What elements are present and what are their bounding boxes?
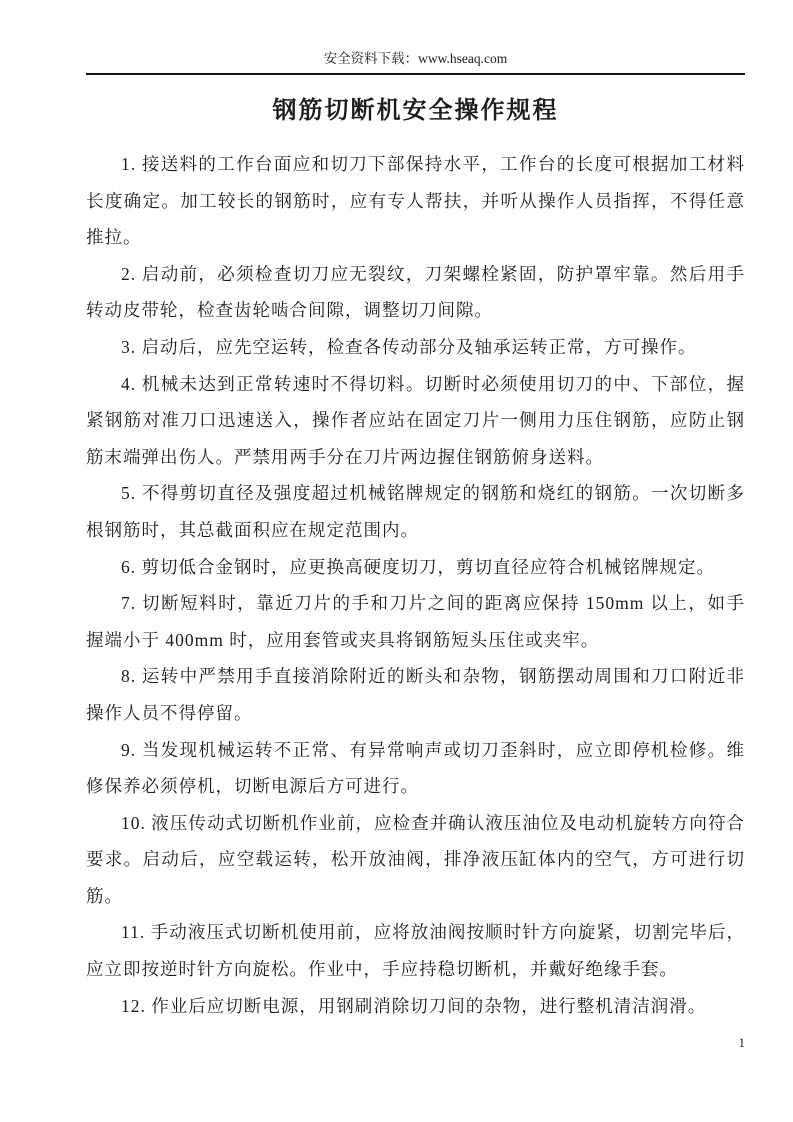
procedure-item-11: 11. 手动液压式切断机使用前，应将放油阀按顺时针方向旋紧，切割完毕后，应立即按… (86, 914, 745, 987)
procedure-item-4: 4. 机械未达到正常转速时不得切料。切断时必须使用切刀的中、下部位，握紧钢筋对准… (86, 366, 745, 476)
procedure-item-3: 3. 启动后，应先空运转，检查各传动部分及轴承运转正常，方可操作。 (86, 329, 745, 366)
procedure-item-12: 12. 作业后应切断电源，用钢刷消除切刀间的杂物，进行整机清洁润滑。 (86, 988, 745, 1025)
page-number: 1 (700, 1034, 745, 1052)
procedure-item-1: 1. 接送料的工作台面应和切刀下部保持水平，工作台的长度可根据加工材料长度确定。… (86, 146, 745, 256)
procedure-item-10: 10. 液压传动式切断机作业前，应检查并确认液压油位及电动机旋转方向符合要求。启… (86, 805, 745, 915)
page-title: 钢筋切断机安全操作规程 (86, 95, 745, 127)
procedure-item-2: 2. 启动前，必须检查切刀应无裂纹，刀架螺栓紧固，防护罩牢靠。然后用手转动皮带轮… (86, 256, 745, 329)
document-body: 1. 接送料的工作台面应和切刀下部保持水平，工作台的长度可根据加工材料长度确定。… (86, 146, 745, 1024)
procedure-item-6: 6. 剪切低合金钢时，应更换高硬度切刀，剪切直径应符合机械铭牌规定。 (86, 549, 745, 586)
procedure-item-7: 7. 切断短料时，靠近刀片的手和刀片之间的距离应保持 150mm 以上，如手握端… (86, 585, 745, 658)
procedure-item-9: 9. 当发现机械运转不正常、有异常响声或切刀歪斜时，应立即停机检修。维修保养必须… (86, 732, 745, 805)
document-page: 安全资料下载：www.hseaq.com 钢筋切断机安全操作规程 1. 接送料的… (0, 0, 793, 1122)
procedure-item-5: 5. 不得剪切直径及强度超过机械铭牌规定的钢筋和烧红的钢筋。一次切断多根钢筋时，… (86, 475, 745, 548)
header-download-text: 安全资料下载：www.hseaq.com (324, 51, 508, 66)
page-header: 安全资料下载：www.hseaq.com (86, 49, 745, 75)
procedure-item-8: 8. 运转中严禁用手直接消除附近的断头和杂物，钢筋摆动周围和刀口附近非操作人员不… (86, 658, 745, 731)
